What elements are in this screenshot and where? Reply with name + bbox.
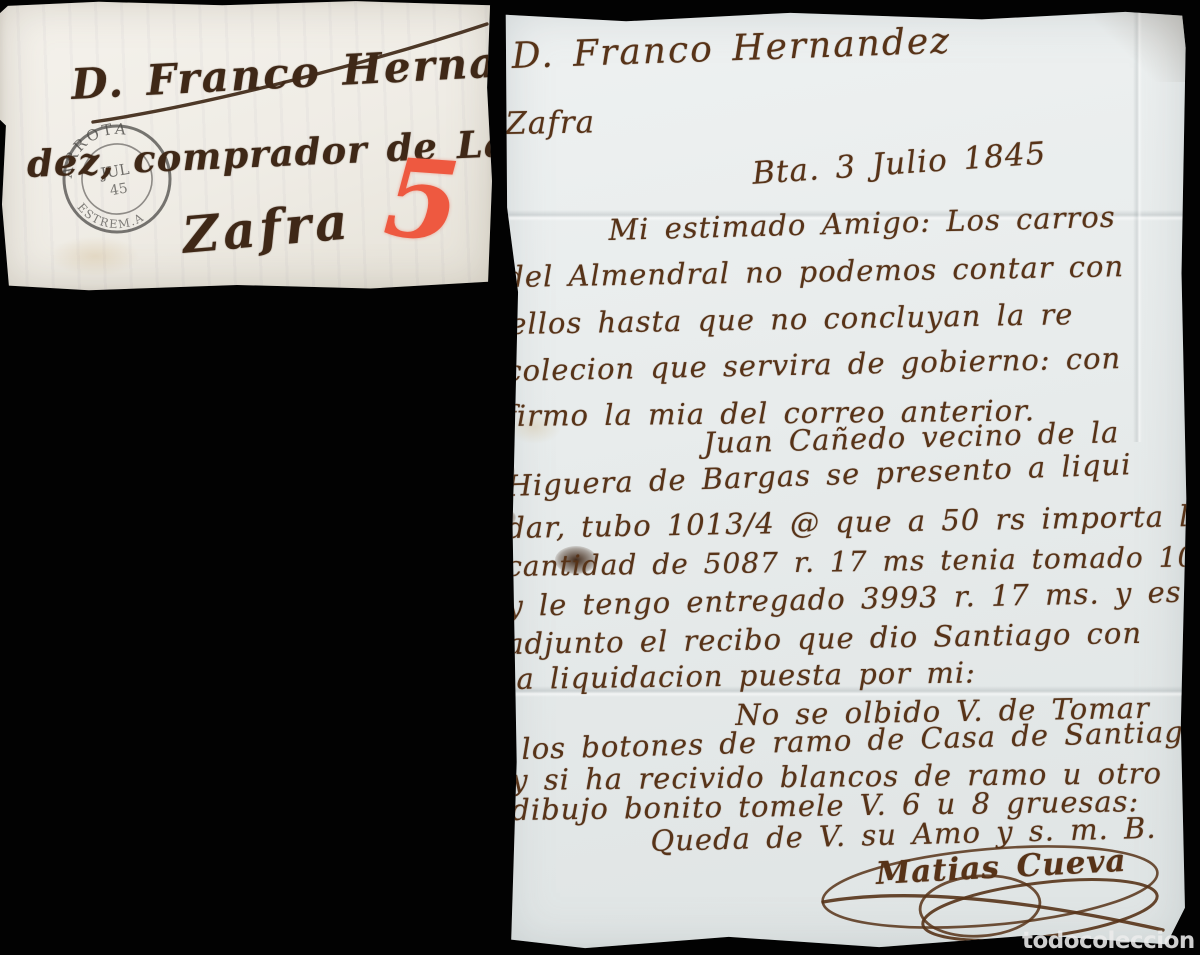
body-line: ellos hasta que no concluyan la re [509, 297, 1074, 341]
postmark-year: 45 [109, 180, 129, 199]
corner-fold [1095, 10, 1187, 82]
body-line: colecion que servira de gobierno: con [505, 341, 1121, 388]
body-line: Mi estimado Amigo: Los carros [608, 200, 1116, 247]
scan-background: ARROTA ESTREM.A JUL 45 D. Franco Hernan … [0, 0, 1200, 955]
body-line: y le tengo entregado 3993 r. 17 ms. y es [506, 575, 1182, 623]
body-line: dar, tubo 1013/4 @ que a 50 rs importa l… [506, 499, 1200, 545]
folded-letter-cover: ARROTA ESTREM.A JUL 45 D. Franco Hernan … [0, 0, 494, 292]
rate-5-mark: 5 [381, 150, 463, 252]
body-line: adjunto el recibo que dio Santiago con [506, 616, 1142, 661]
letter-dateline: Bta. 3 Julio 1845 [751, 135, 1047, 191]
letter-inner-page: D. Franco Hernandez Zafra Bta. 3 Julio 1… [503, 10, 1187, 950]
ink-smudge [500, 462, 515, 481]
letter-addressee-line: D. Franco Hernandez [511, 21, 952, 77]
watermark-logo: todocoleccion [1022, 928, 1195, 954]
age-stain [50, 236, 140, 276]
body-line: la liquidacion puesta por mi: [506, 655, 976, 696]
body-line: del Almendral no podemos contar con [505, 249, 1124, 294]
letter-destination-line: Zafra [505, 104, 595, 142]
